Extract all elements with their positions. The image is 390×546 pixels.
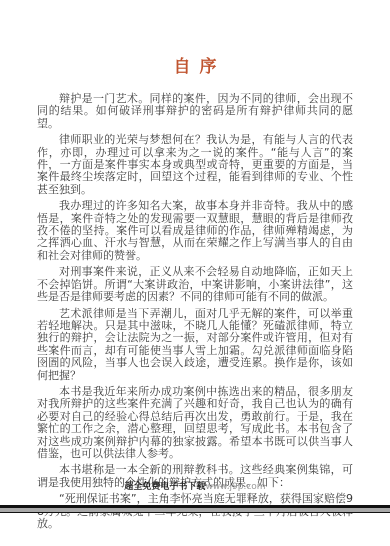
footer-watermark-label: 超全免费电子书下载 (124, 482, 205, 492)
ebook-page: 自序 辩护是一门艺术。同样的案件，因为不同的律师，会出现不同的结果。如何破译刑事… (0, 0, 390, 546)
paragraph: 律师职业的光荣与梦想何在？我认为是，有能与人言的代表作，亦即，办理过可以拿来为之… (37, 134, 353, 196)
page-title: 自序 (0, 0, 390, 79)
footer-watermark: 超全免费电子书下载www.j9p.com (0, 481, 390, 493)
paragraph: 本书是我近年来所办成功案例中拣选出来的精品，很多朋友对我所辩护的这些案件充满了兴… (37, 386, 353, 460)
preface-body: 辩护是一门艺术。同样的案件，因为不同的律师，会出现不同的结果。如何破译刑事辩护的… (0, 93, 390, 530)
paragraph: 我办理过的许多知名大案，故事本身并非奇特。我从中的感悟是，案件奇特之处的发现需要… (37, 200, 353, 262)
paragraph: 对刑事案件来说，正义从来不会轻易自动地降临，正如天上不会掉馅饼。所谓“大案讲政治… (37, 266, 353, 303)
bottom-divider (0, 505, 390, 513)
paragraph: 艺术派律师是当下弄潮儿，面对几乎无解的案件，可以举重若轻地解决。只是其中滋味，不… (37, 308, 353, 382)
paragraph: 辩护是一门艺术。同样的案件，因为不同的律师，会出现不同的结果。如何破译刑事辩护的… (37, 93, 353, 130)
footer-watermark-url: www.j9p.com (205, 482, 265, 492)
